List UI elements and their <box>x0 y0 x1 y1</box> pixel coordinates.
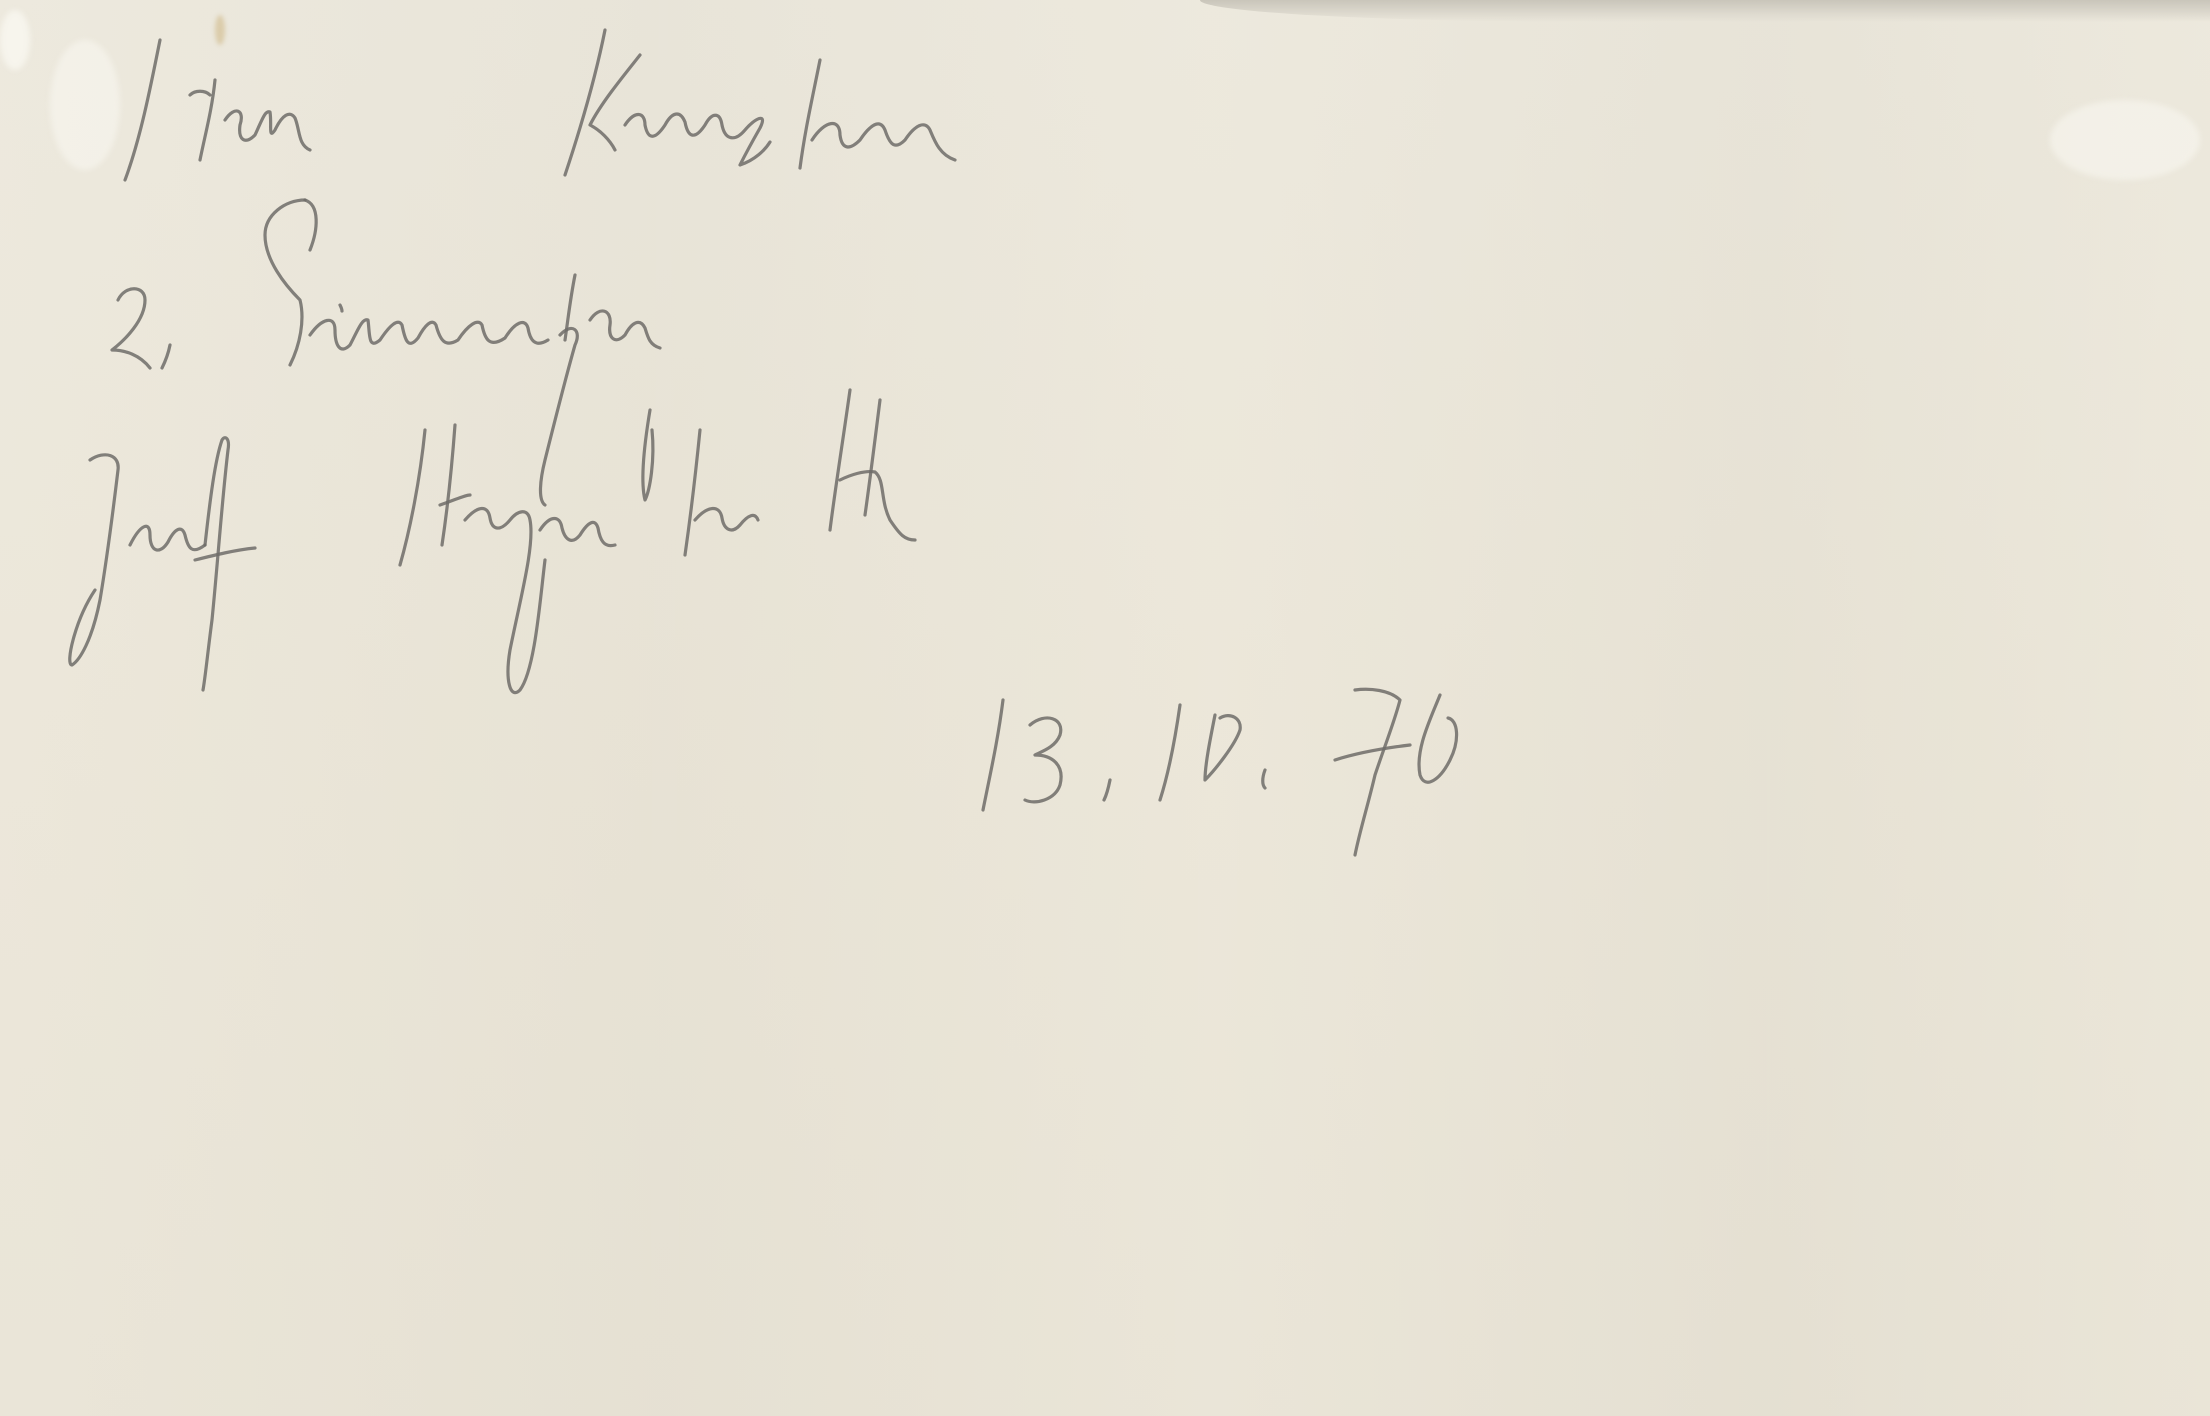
handwriting-date <box>0 0 2210 1416</box>
paper-card: Herrn Krauskopf 2. Erinnerung an <box>0 0 2210 1416</box>
